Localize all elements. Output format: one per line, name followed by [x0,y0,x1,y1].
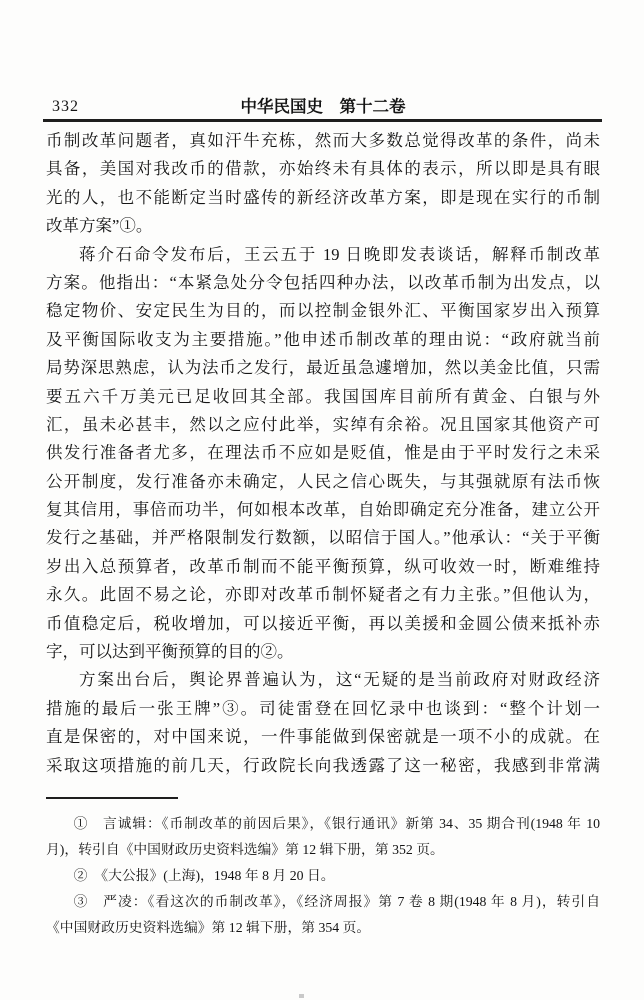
footnote-rule [46,797,178,799]
text-line: 币值稳定后，税收增加，可以接近平衡，再以美援和金圆公债来抵补赤 [46,610,600,638]
text-line: 字，可以达到平衡预算的目的②。 [46,638,600,666]
scan-artifact [299,994,304,998]
text-line: 岁出入总预算者，改革币制而不能平衡预算，纵可收效一时，断难维持 [46,553,600,581]
text-line: 蒋介石命令发布后，王云五于 19 日晚即发表谈话，解释币制改革 [46,241,600,269]
footnote-line: 月)，转引自《中国财政历史资料选编》第 12 辑下册，第 352 页。 [46,837,600,863]
text-line: 方案出台后，舆论界普遍认为，这“无疑的是当前政府对财政经济 [46,666,600,694]
text-line: 币制改革问题者，真如汗牛充栋，然而大多数总觉得改革的条件，尚未 [46,127,600,155]
footnote-line: ② 《大公报》(上海)，1948 年 8 月 20 日。 [46,863,600,889]
text-line: 方案。他指出：“本紧急处分令包括四种办法，以改革币制为出发点，以 [46,269,600,297]
text-line: 局势深思熟虑，认为法币之发行，最近虽急遽增加，然以美金比值，只需 [46,354,600,382]
text-line: 直是保密的，对中国来说，一件事能做到保密就是一项不小的成就。在 [46,723,600,751]
header-rule [43,119,602,122]
text-line: 公开制度，发行准备亦未确定，人民之信心既失，与其强就原有法币恢 [46,468,600,496]
text-line: 发行之基础，并严格限制发行数额，以昭信于国人。”他承认：“关于平衡 [46,524,600,552]
book-page: 332 中华民国史 第十二卷 币制改革问题者，真如汗牛充栋，然而大多数总觉得改革… [0,0,644,1000]
footnotes: ① 言诚辑：《币制改革的前因后果》，《银行通讯》新第 34、35 期合刊(194… [46,811,600,941]
text-line: 供发行准备者尤多，在理法币不应如是贬值，惟是由于平时发行之未采 [46,439,600,467]
text-line: 稳定物价、安定民生为目的，而以控制金银外汇、平衡国家岁出入预算 [46,297,600,325]
text-line: 改革方案”①。 [46,212,600,240]
text-line: 及平衡国际收支为主要措施。”他申述币制改革的理由说：“政府就当前 [46,326,600,354]
text-line: 措施的最后一张王牌”③。司徒雷登在回忆录中也谈到：“整个计划一 [46,695,600,723]
running-title: 中华民国史 第十二卷 [46,96,600,118]
text-line: 复其信用，事倍而功半，何如根本改革，自始即确定充分准备，建立公开 [46,496,600,524]
text-line: 具备，美国对我改币的借款，亦始终未有具体的表示，所以即是具有眼 [46,155,600,183]
footnote-line: 《中国财政历史资料选编》第 12 辑下册，第 354 页。 [46,915,600,941]
page-header: 332 中华民国史 第十二卷 [46,96,600,118]
text-line: 汇，虽未必甚丰，然以之应付此举，实绰有余裕。况且国家其他资产可 [46,411,600,439]
text-line: 要五六千万美元已足收回其全部。我国国库目前所有黄金、白银与外 [46,383,600,411]
text-line: 光的人，也不能断定当时盛传的新经济改革方案，即是现在实行的币制 [46,184,600,212]
text-line: 永久。此固不易之论，亦即对改革币制怀疑者之有力主张。”但他认为， [46,581,600,609]
footnote-line: ③ 严凌：《看这次的币制改革》，《经济周报》第 7 卷 8 期(1948 年 8… [46,889,600,915]
text-line: 采取这项措施的前几天，行政院长向我透露了这一秘密，我感到非常满 [46,752,600,780]
footnote-line: ① 言诚辑：《币制改革的前因后果》，《银行通讯》新第 34、35 期合刊(194… [46,811,600,837]
body-text: 币制改革问题者，真如汗牛充栋，然而大多数总觉得改革的条件，尚未 具备，美国对我改… [46,127,600,780]
